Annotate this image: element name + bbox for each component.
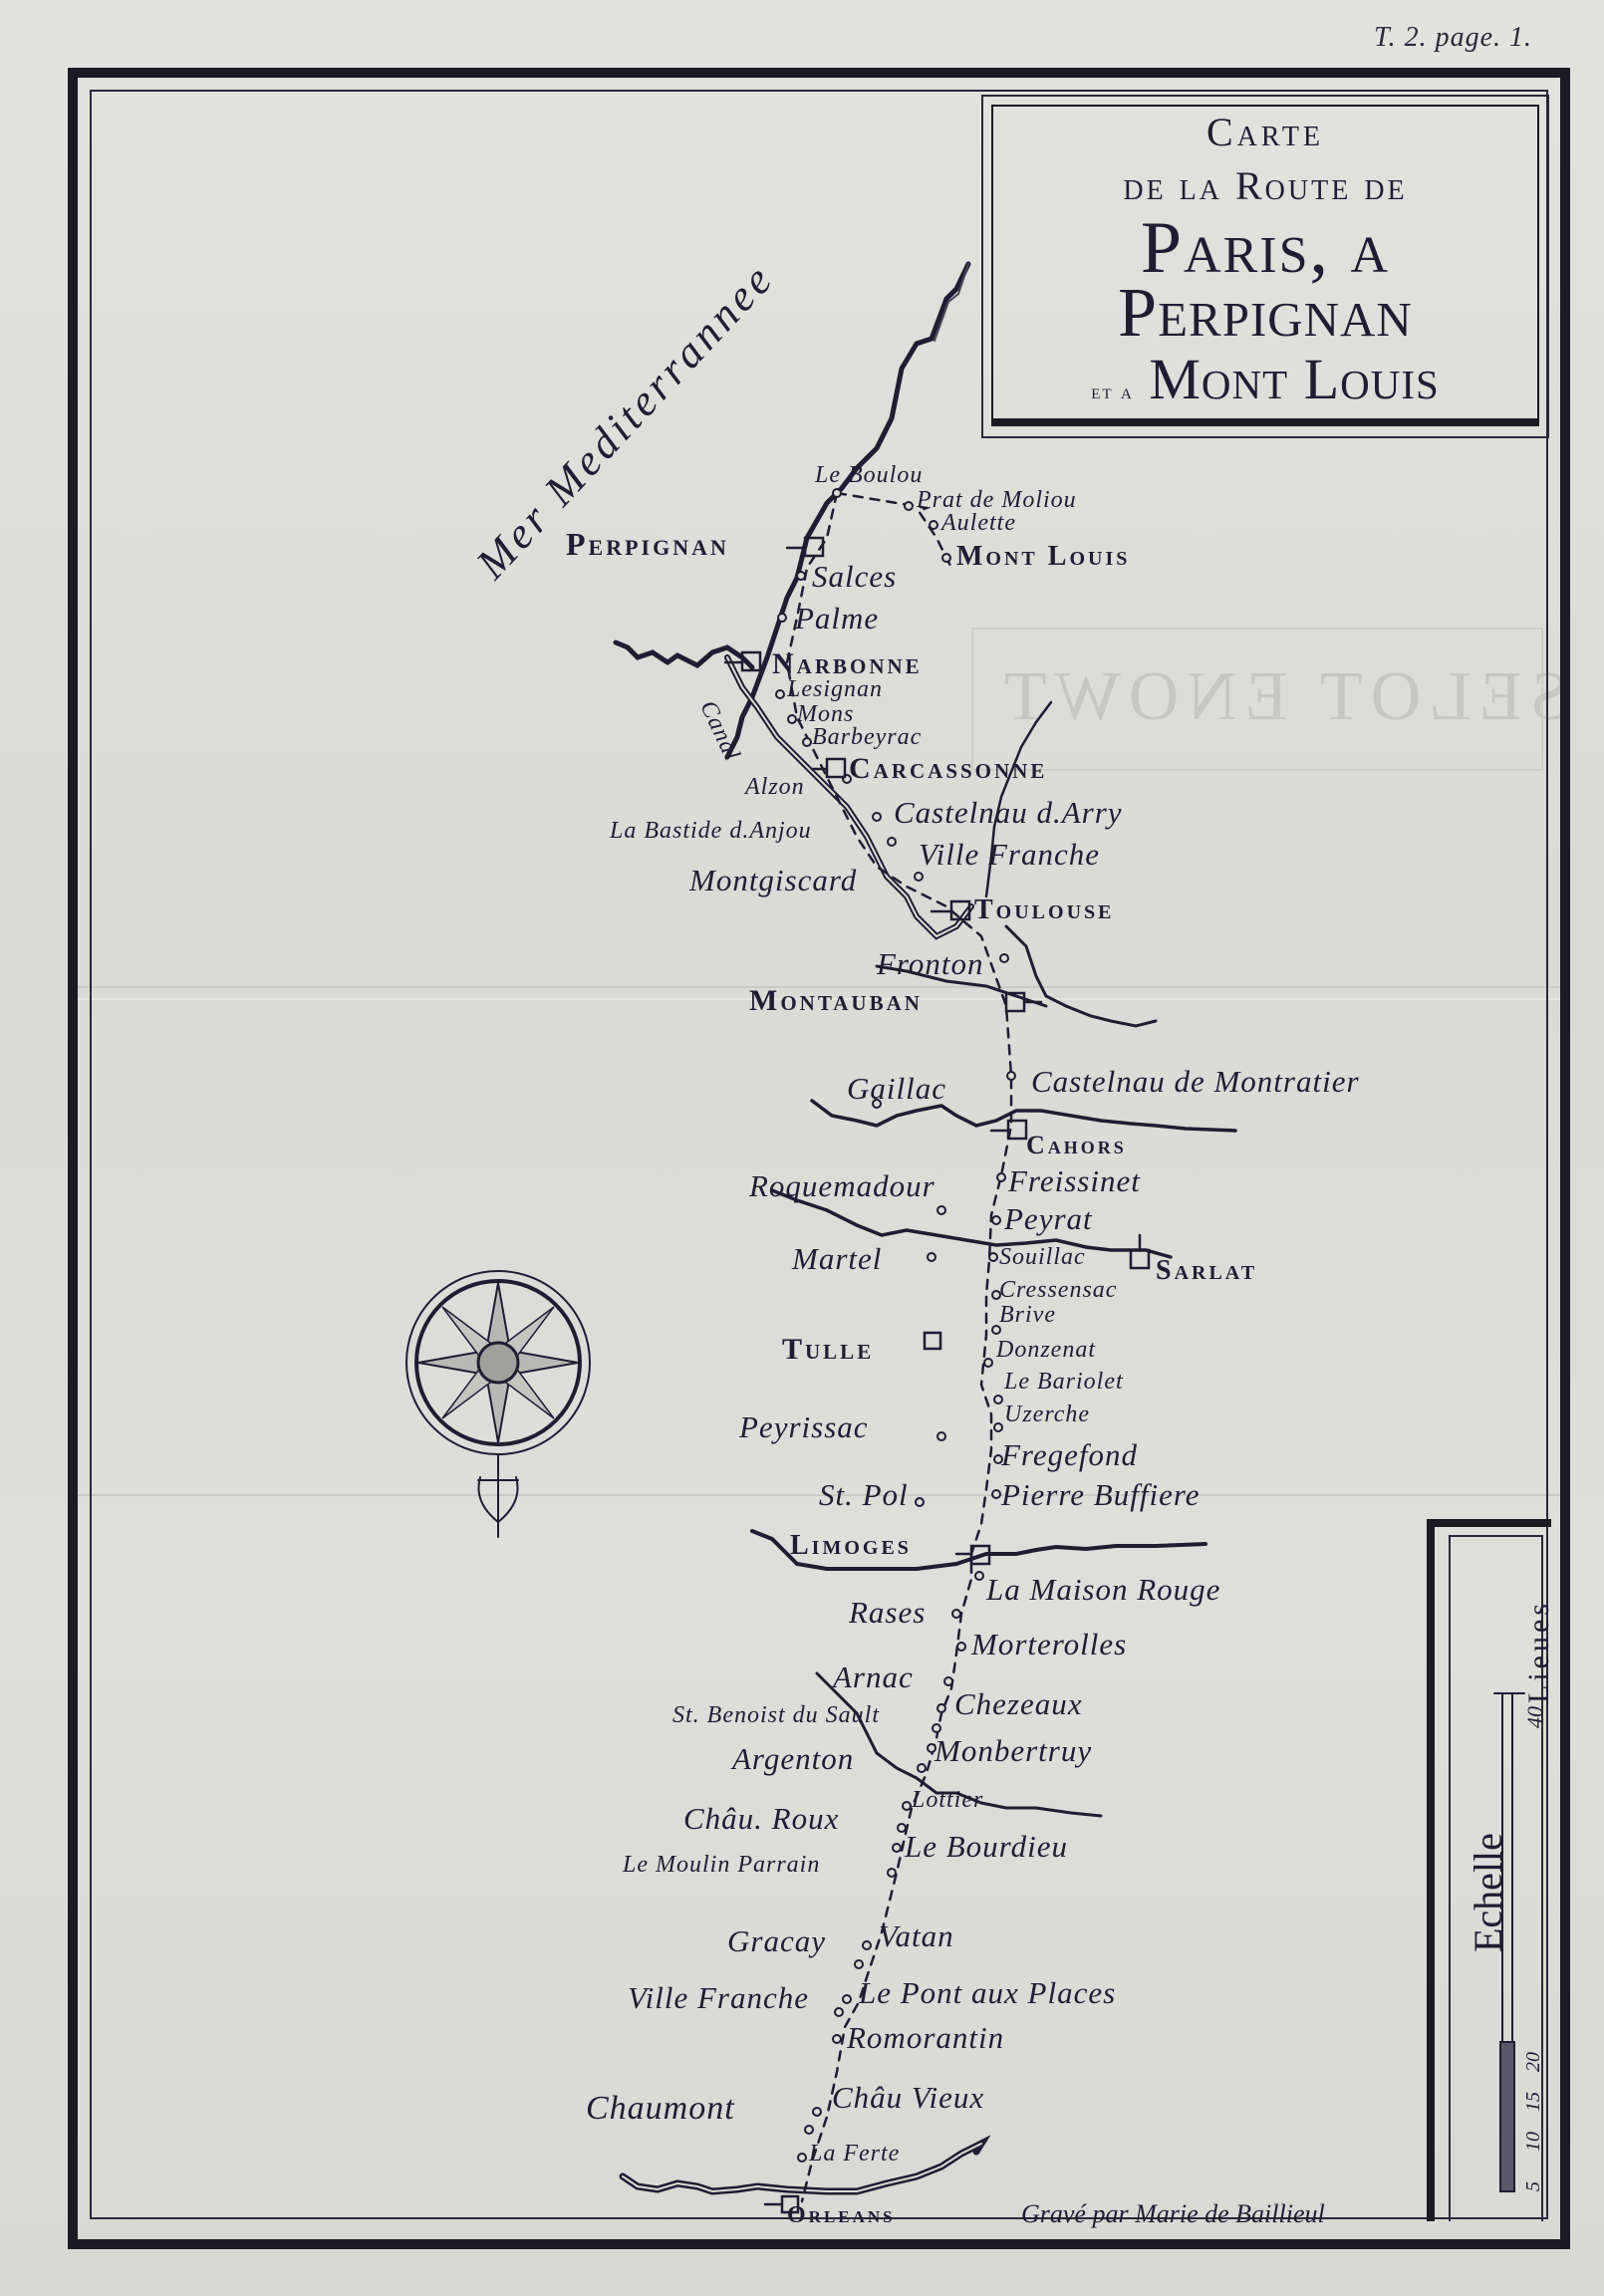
place-label[interactable]: Le Pont aux Places — [859, 1977, 1116, 2008]
place-label[interactable]: Fronton — [877, 948, 983, 979]
place-label[interactable]: Peyrat — [1004, 1203, 1093, 1234]
scale-unit: Lieues — [1522, 1600, 1556, 1703]
place-label[interactable]: Châu. Roux — [683, 1803, 839, 1834]
place-label[interactable]: Brive — [999, 1303, 1056, 1327]
place-label[interactable]: Monbertruy — [935, 1735, 1092, 1766]
place-label[interactable]: Alzon — [745, 775, 805, 799]
place-label[interactable]: Lesignan — [787, 677, 883, 701]
place-label[interactable]: Vatan — [879, 1920, 954, 1951]
title-line-mont-louis: et a Mont Louis — [993, 346, 1537, 412]
scale-tick-10: 10 — [1522, 2132, 1545, 2152]
place-label[interactable]: Aulette — [941, 511, 1016, 535]
place-label[interactable]: Le Moulin Parrain — [623, 1853, 820, 1877]
place-label[interactable]: Cahors — [1026, 1133, 1127, 1158]
place-label[interactable]: Romorantin — [847, 2022, 1004, 2053]
place-label[interactable]: Souillac — [999, 1245, 1086, 1269]
place-label[interactable]: Palme — [795, 603, 879, 634]
place-label[interactable]: Cressensac — [999, 1278, 1117, 1302]
place-label[interactable]: Tulle — [782, 1335, 874, 1365]
compass-rose-icon — [406, 1271, 590, 1537]
place-label[interactable]: Prat de Moliou — [917, 488, 1077, 512]
place-label[interactable]: Orleans — [787, 2203, 896, 2227]
title-prefix: et a — [1091, 379, 1134, 403]
scale-title: Echelle — [1465, 1833, 1511, 1952]
title-mont-louis: Mont Louis — [1149, 347, 1439, 411]
place-label[interactable]: Argenton — [732, 1743, 854, 1774]
engraver-credit: Gravé par Marie de Baillieul — [1021, 2199, 1325, 2229]
place-label[interactable]: St. Benoist du Sault — [672, 1703, 880, 1727]
place-label[interactable]: Le Boulou — [815, 463, 923, 487]
place-label[interactable]: Rases — [849, 1597, 926, 1628]
place-label[interactable]: Montauban — [749, 986, 923, 1016]
place-label[interactable]: Gaillac — [847, 1073, 946, 1104]
place-label[interactable]: Ville Franche — [628, 1982, 809, 2013]
place-label[interactable]: Donzenat — [996, 1338, 1096, 1362]
place-label[interactable]: La Ferte — [809, 2142, 900, 2166]
place-label[interactable]: Fregefond — [1001, 1439, 1138, 1470]
place-label[interactable]: Sarlat — [1156, 1257, 1257, 1285]
place-label[interactable]: Barbeyrac — [812, 725, 922, 749]
scale-tick-20: 20 — [1522, 2052, 1545, 2072]
place-label[interactable]: Freissinet — [1008, 1165, 1141, 1196]
place-label[interactable]: Toulouse — [974, 896, 1114, 924]
place-label[interactable]: Montgiscard — [689, 865, 857, 895]
place-label[interactable]: Uzerche — [1004, 1403, 1090, 1426]
place-label[interactable]: Le Bariolet — [1004, 1370, 1124, 1394]
place-label[interactable]: Perpignan — [566, 528, 729, 560]
place-label[interactable]: Limoges — [790, 1532, 912, 1560]
place-label[interactable]: Arnac — [833, 1661, 914, 1692]
place-label[interactable]: Ville Franche — [919, 839, 1100, 870]
place-label[interactable]: Châu Vieux — [832, 2082, 984, 2113]
scale-tick-40: 40 — [1522, 1706, 1548, 1728]
place-label[interactable]: Gracay — [727, 1925, 826, 1956]
place-label[interactable]: La Bastide d.Anjou — [610, 819, 812, 843]
place-label[interactable]: Lottier — [912, 1788, 983, 1812]
place-label[interactable]: Carcassonne — [849, 754, 1047, 784]
scale-tick-5: 5 — [1522, 2181, 1545, 2191]
place-label[interactable]: Mont Louis — [956, 543, 1130, 571]
title-line-perpignan: Perpignan — [993, 274, 1537, 354]
place-label[interactable]: La Maison Rouge — [986, 1574, 1220, 1605]
place-label[interactable]: St. Pol — [819, 1479, 909, 1510]
place-label[interactable]: Roquemadour — [749, 1170, 936, 1201]
place-label[interactable]: Mons — [797, 702, 854, 726]
river-garonne — [1006, 926, 1156, 1026]
place-label[interactable]: Salces — [812, 561, 897, 592]
scale-tick-15: 15 — [1522, 2092, 1545, 2112]
place-label[interactable]: Narbonne — [772, 649, 923, 679]
title-line-carte: Carte — [993, 109, 1537, 155]
place-label[interactable]: Castelnau de Montratier — [1031, 1066, 1360, 1097]
place-label[interactable]: Castelnau d.Arry — [894, 797, 1123, 828]
place-label[interactable]: Le Bourdieu — [905, 1831, 1068, 1862]
place-label[interactable]: Chaumont — [586, 2092, 735, 2126]
place-label[interactable]: Morterolles — [971, 1629, 1127, 1659]
place-label[interactable]: Peyrissac — [739, 1411, 869, 1442]
title-cartouche: Carte de la Route de Paris, a Perpignan … — [981, 95, 1549, 438]
place-label[interactable]: Chezeaux — [954, 1688, 1083, 1719]
title-line-route: de la Route de — [993, 162, 1537, 209]
place-label[interactable]: Pierre Buffiere — [1001, 1479, 1201, 1510]
place-label[interactable]: Martel — [792, 1243, 882, 1274]
